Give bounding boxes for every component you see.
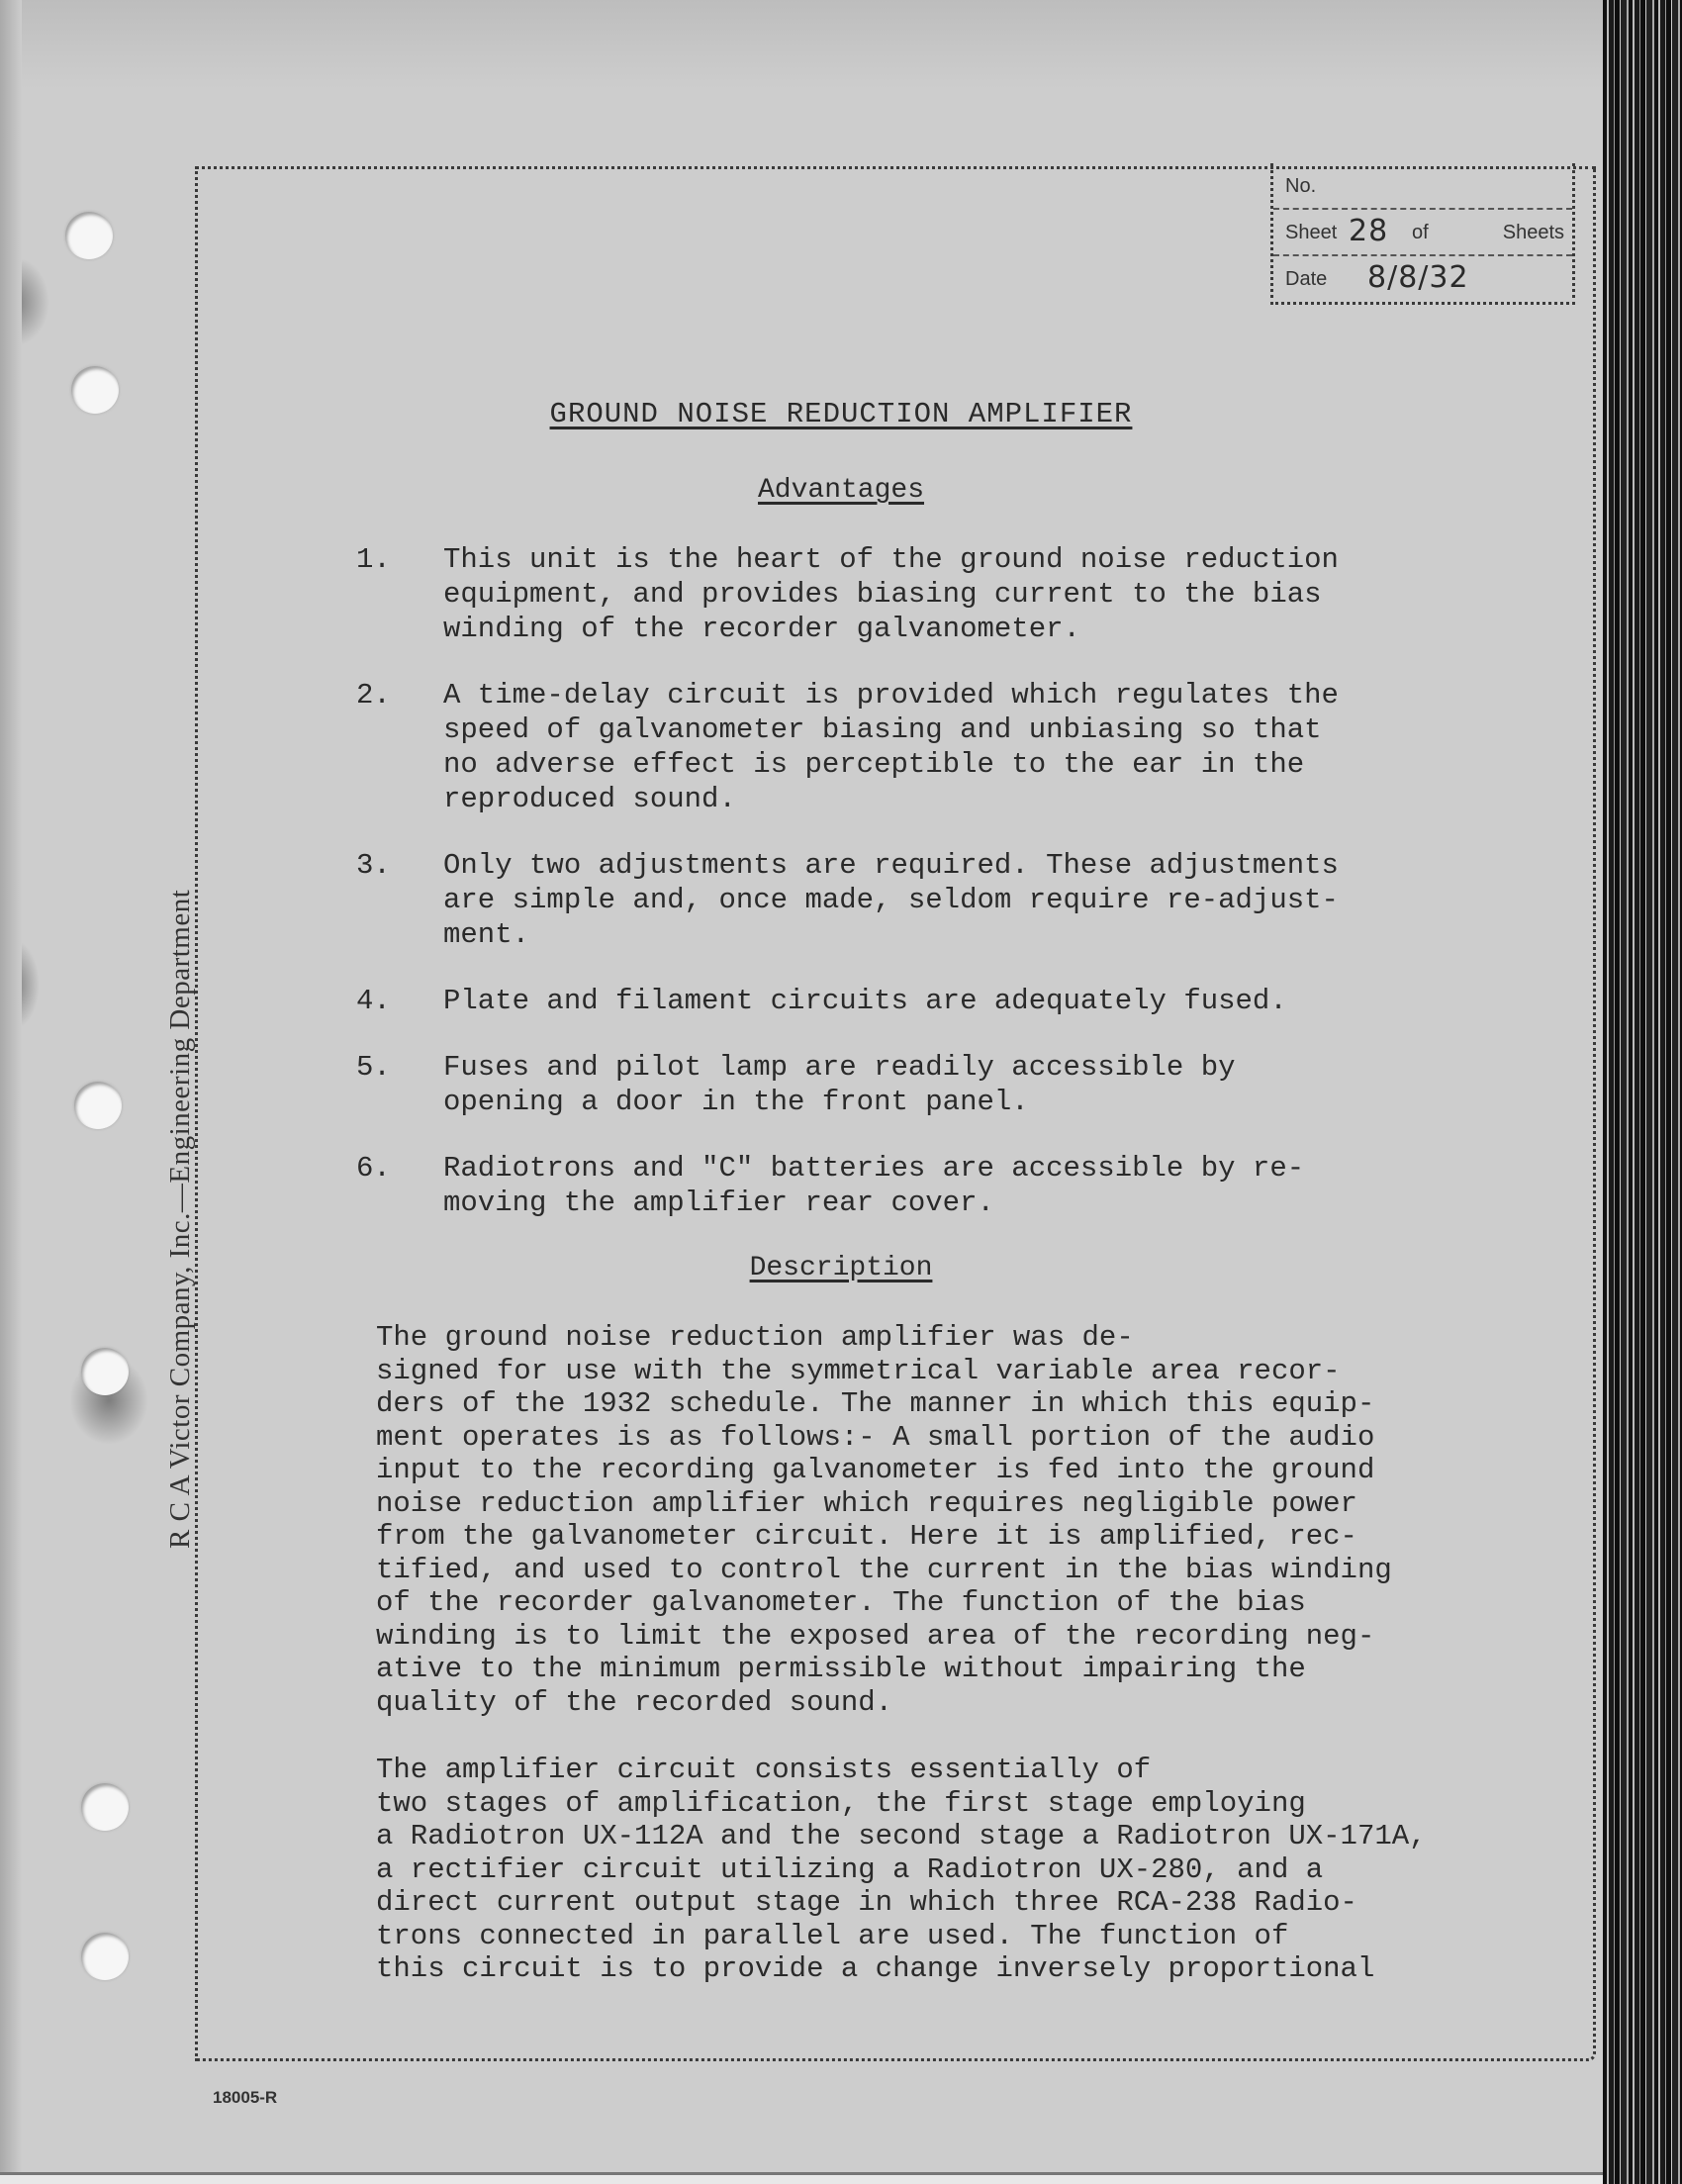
binder-hole <box>81 1348 129 1395</box>
date-row: Date 8/8/32 <box>1273 256 1572 301</box>
description-heading-text: Description <box>750 1253 933 1283</box>
description-paragraph-1: The ground noise reduction amplifier was… <box>376 1321 1563 1719</box>
list-item: 5. Fuses and pilot lamp are readily acce… <box>356 1050 1524 1119</box>
sheet-no-row: No. <box>1273 163 1572 210</box>
of-label: of <box>1412 222 1429 244</box>
item-number: 3. <box>356 848 443 952</box>
item-number: 2. <box>356 678 443 816</box>
list-item: 3. Only two adjustments are required. Th… <box>356 848 1524 952</box>
description-paragraph-2: The amplifier circuit consists essential… <box>376 1754 1563 1986</box>
date-label: Date <box>1285 268 1327 291</box>
binder-hole <box>81 1933 129 1980</box>
no-label: No. <box>1285 175 1316 198</box>
list-item: 4. Plate and filament circuits are adequ… <box>356 984 1524 1018</box>
item-number: 5. <box>356 1050 443 1119</box>
list-item: 1. This unit is the heart of the ground … <box>356 542 1524 646</box>
company-side-label: R C A Victor Company, Inc.—Engineering D… <box>164 890 197 1549</box>
sheet-count-row: Sheet 28 of Sheets <box>1273 210 1572 256</box>
document-title: GROUND NOISE REDUCTION AMPLIFIER <box>0 398 1682 430</box>
binder-hole <box>81 1783 129 1831</box>
scanner-edge-bar <box>1603 0 1682 2184</box>
item-number: 6. <box>356 1151 443 1220</box>
item-text: Only two adjustments are required. These… <box>443 848 1339 952</box>
binder-hole <box>65 212 113 259</box>
item-number: 1. <box>356 542 443 646</box>
list-item: 2. A time-delay circuit is provided whic… <box>356 678 1524 816</box>
advantages-heading-text: Advantages <box>758 475 924 506</box>
date-value: 8/8/32 <box>1367 260 1469 295</box>
description-heading: Description <box>0 1253 1682 1283</box>
form-number: 18005-R <box>213 2088 277 2108</box>
stain <box>0 257 49 346</box>
sheet-label: Sheet <box>1285 222 1337 244</box>
advantages-heading: Advantages <box>0 475 1682 506</box>
sheet-info-box: No. Sheet 28 of Sheets Date 8/8/32 <box>1270 163 1575 305</box>
sheets-label: Sheets <box>1503 222 1564 244</box>
advantages-list: 1. This unit is the heart of the ground … <box>356 542 1524 1252</box>
item-number: 4. <box>356 984 443 1018</box>
sheet-number: 28 <box>1349 214 1388 248</box>
item-text: Radiotrons and "C" batteries are accessi… <box>443 1151 1304 1220</box>
binder-hole <box>74 1082 122 1129</box>
page-bottom-edge <box>0 2172 1605 2184</box>
item-text: This unit is the heart of the ground noi… <box>443 542 1339 646</box>
item-text: A time-delay circuit is provided which r… <box>443 678 1339 816</box>
stain <box>0 940 40 1029</box>
item-text: Plate and filament circuits are adequate… <box>443 984 1287 1018</box>
item-text: Fuses and pilot lamp are readily accessi… <box>443 1050 1236 1119</box>
title-text: GROUND NOISE REDUCTION AMPLIFIER <box>550 398 1133 430</box>
list-item: 6. Radiotrons and "C" batteries are acce… <box>356 1151 1524 1220</box>
